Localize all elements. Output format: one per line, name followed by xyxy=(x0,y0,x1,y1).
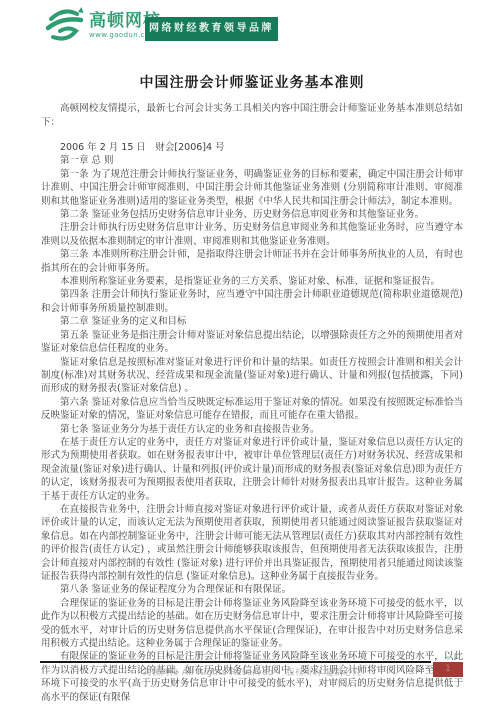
document-body: 2006 年 2 月 15 日 财会[2006]4 号第一章 总 则第一条 为了… xyxy=(41,141,463,704)
bird-swoosh-icon xyxy=(44,6,86,44)
body-paragraph: 第八条 鉴证业务的保证程度分为合理保证和有限保证。 xyxy=(41,583,463,596)
body-paragraph: 2006 年 2 月 15 日 财会[2006]4 号 xyxy=(41,141,463,154)
body-paragraph: 第一章 总 则 xyxy=(41,154,463,167)
document-page: 高顿网校 www.gaodun.com 网络财经教育领导品牌 中国注册会计师鉴证… xyxy=(0,0,504,713)
document-main: 中国注册会计师鉴证业务基本准则 高顿网校友情提示，最新七台河会计实务工具相关内容… xyxy=(41,72,463,704)
gaodun-logo: 高顿网校 www.gaodun.com xyxy=(44,6,161,44)
page-header: 高顿网校 www.gaodun.com 网络财经教育领导品牌 xyxy=(0,0,504,46)
brand-slogan-banner: 网络财经教育领导品牌 xyxy=(145,17,278,41)
body-paragraph: 合理保证的鉴证业务的目标是注册会计师将鉴证业务风险降至该业务环境下可接受的低水平… xyxy=(41,597,463,651)
document-title: 中国注册会计师鉴证业务基本准则 xyxy=(41,72,463,92)
footer-divider xyxy=(40,661,431,663)
page-number-badge: 1 xyxy=(433,662,463,677)
body-paragraph: 第一条 为了规范注册会计师执行鉴证业务，明确鉴证业务的目标和要素，确定中国注册会… xyxy=(41,168,463,208)
body-paragraph: 第三条 本准则所称注册会计师，是指取得注册会计师证书并在会计师事务所执业的人员，… xyxy=(41,248,463,275)
body-paragraph: 注册会计师执行历史财务信息审计业务、历史财务信息审阅业务和其他鉴证业务时，应当遵… xyxy=(41,221,463,248)
body-paragraph: 第六条 鉴证对象信息应当恰当反映既定标准运用于鉴证对象的情况。如果没有按照既定标… xyxy=(41,396,463,423)
body-paragraph: 在直接报告业务中，注册会计师直接对鉴证对象进行评价或计量，或者从责任方获取对鉴证… xyxy=(41,503,463,583)
body-paragraph: 本准则所称鉴证业务要素，是指鉴证业务的三方关系、鉴证对象、标准、证据和鉴证报告。 xyxy=(41,275,463,288)
body-paragraph: 第二条 鉴证业务包括历史财务信息审计业务、历史财务信息审阅业务和其他鉴证业务。 xyxy=(41,208,463,221)
body-paragraph: 第二章 鉴证业务的定义和目标 xyxy=(41,315,463,328)
body-paragraph: 第四条 注册会计师执行鉴证业务时，应当遵守中国注册会计师职业道德规范(简称职业道… xyxy=(41,288,463,315)
body-paragraph: 在基于责任方认定的业务中，责任方对鉴证对象进行评价或计量，鉴证对象信息以责任方认… xyxy=(41,436,463,503)
copyright-text: 高顿网校 All Rights Reserved 版权所有 复制必究 xyxy=(40,666,464,678)
friendly-tip-paragraph: 高顿网校友情提示，最新七台河会计实务工具相关内容中国注册会计师鉴证业务基本准则总… xyxy=(41,102,463,129)
body-paragraph: 第七条 鉴证业务分为基于责任方认定的业务和直接报告业务。 xyxy=(41,423,463,436)
body-paragraph: 第五条 鉴证业务是指注册会计师对鉴证对象信息提出结论，以增强除责任方之外的预期使… xyxy=(41,329,463,356)
body-paragraph: 鉴证对象信息是按照标准对鉴证对象进行评价和计量的结果。如责任方按照会计准则和相关… xyxy=(41,356,463,396)
